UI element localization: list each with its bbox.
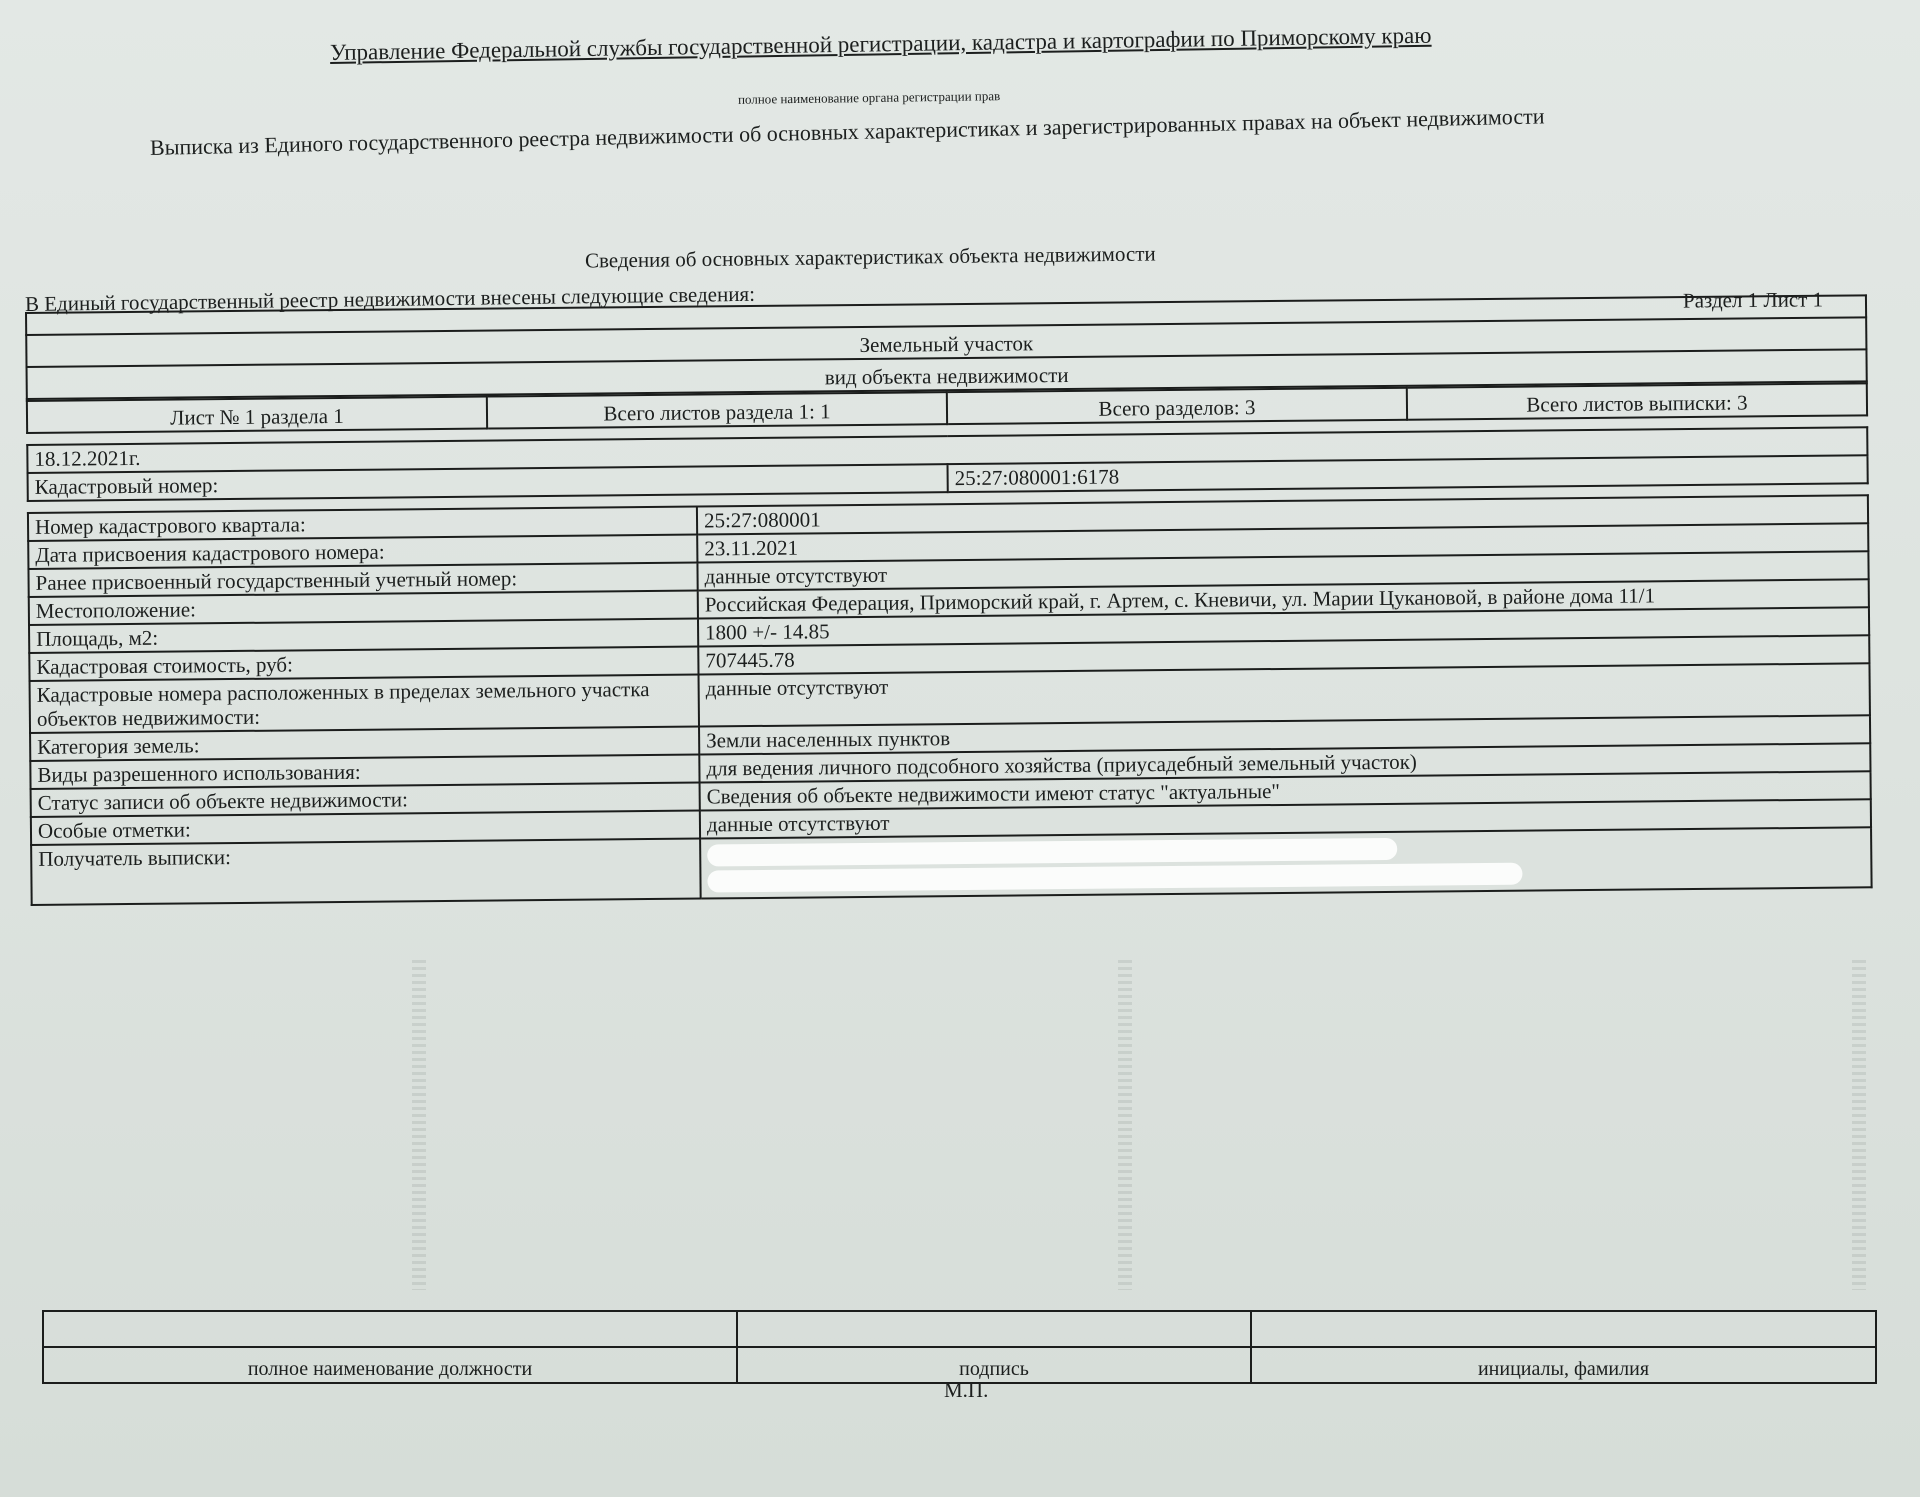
characteristics-table: Номер кадастрового квартала:25:27:080001… (27, 494, 1873, 906)
print-streak (1852, 960, 1866, 1290)
redaction-bar (707, 838, 1397, 867)
sheet-number: Лист № 1 раздела 1 (27, 397, 487, 433)
field-label: Кадастровые номера расположенных в преде… (30, 675, 699, 733)
redaction-bar (707, 863, 1522, 893)
recipient-redacted (700, 827, 1872, 898)
sheets-in-section: Всего листов раздела 1: 1 (487, 392, 947, 428)
print-streak (412, 960, 426, 1290)
total-sections: Всего разделов: 3 (947, 388, 1407, 424)
print-streak (1118, 960, 1132, 1290)
field-label: Получатель выписки: (31, 839, 701, 905)
section-title: Сведения об основных характеристиках объ… (585, 242, 1156, 274)
signature-block: полное наименование должности подпись ин… (42, 1310, 1877, 1384)
organization-caption: полное наименование органа регистрации п… (738, 88, 1000, 108)
signature-field (737, 1311, 1251, 1347)
name-caption: инициалы, фамилия (1251, 1347, 1876, 1383)
organization-name: Управление Федеральной службы государств… (330, 21, 1530, 66)
document-page: Управление Федеральной службы государств… (0, 0, 1920, 1497)
position-caption: полное наименование должности (43, 1347, 737, 1383)
name-field (1251, 1311, 1876, 1347)
document-title: Выписка из Единого государственного реес… (150, 103, 1545, 161)
stamp-place: М.П. (944, 1378, 988, 1403)
registry-table: Земельный участок вид объекта недвижимос… (25, 294, 1873, 906)
total-sheets: Всего листов выписки: 3 (1407, 383, 1867, 419)
position-field (43, 1311, 737, 1347)
signature-caption: подпись (737, 1347, 1251, 1383)
